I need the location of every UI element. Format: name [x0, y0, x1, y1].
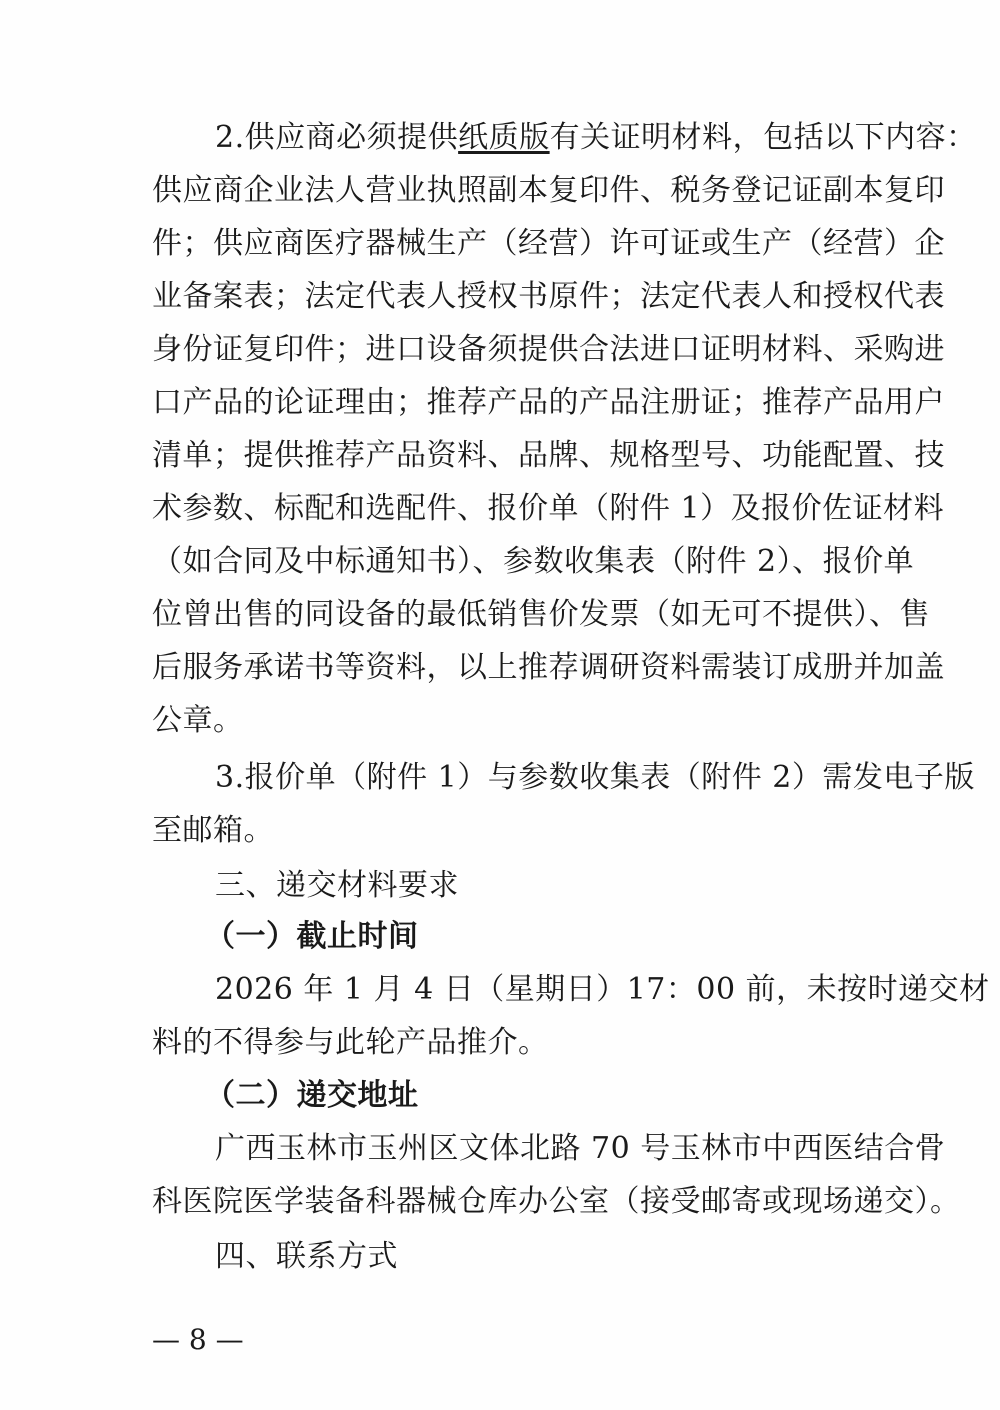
address-line: 广西玉林市玉州区文体北路 70 号玉林市中西医结合骨 — [215, 1129, 852, 1169]
text-segment: 2.供应商必须提供 — [215, 120, 458, 155]
address-line: 科医院医学装备科器械仓库办公室（接受邮寄或现场递交）。 — [152, 1182, 852, 1222]
document-page: 2.供应商必须提供纸质版有关证明材料，包括以下内容： 供应商企业法人营业执照副本… — [0, 0, 1000, 1410]
paragraph-2-line: 公章。 — [152, 701, 852, 741]
paragraph-2-line: 件；供应商医疗器械生产（经营）许可证或生产（经营）企 — [152, 224, 852, 264]
page-number: — 8 — — [152, 1322, 244, 1358]
deadline-line: 2026 年 1 月 4 日（星期日）17：00 前，未按时递交材 — [215, 970, 852, 1010]
deadline-line: 料的不得参与此轮产品推介。 — [152, 1023, 852, 1063]
paragraph-2-line: 位曾出售的同设备的最低销售价发票（如无可不提供）、售 — [152, 595, 852, 635]
text-segment: 有关证明材料，包括以下内容： — [550, 120, 977, 155]
paragraph-2-line: 口产品的论证理由；推荐产品的产品注册证；推荐产品用户 — [152, 383, 852, 423]
address-subheading: （二）递交地址 — [205, 1076, 842, 1116]
paragraph-2-line: 供应商企业法人营业执照副本复印件、税务登记证副本复印 — [152, 171, 852, 211]
paragraph-2-line: 身份证复印件；进口设备须提供合法进口证明材料、采购进 — [152, 330, 852, 370]
underlined-text: 纸质版 — [458, 120, 550, 155]
paragraph-2-line: 后服务承诺书等资料，以上推荐调研资料需装订成册并加盖 — [152, 648, 852, 688]
section-3-heading: 三、递交材料要求 — [215, 866, 852, 906]
paragraph-3-line: 至邮箱。 — [152, 811, 852, 851]
paragraph-2-line: （如合同及中标通知书）、参数收集表（附件 2）、报价单 — [152, 542, 852, 582]
paragraph-2-line: 业备案表；法定代表人授权书原件；法定代表人和授权代表 — [152, 277, 852, 317]
paragraph-2-line-1: 2.供应商必须提供纸质版有关证明材料，包括以下内容： — [215, 118, 852, 158]
paragraph-2-line: 术参数、标配和选配件、报价单（附件 1）及报价佐证材料 — [152, 489, 852, 529]
paragraph-2-line: 清单；提供推荐产品资料、品牌、规格型号、功能配置、技 — [152, 436, 852, 476]
deadline-subheading: （一）截止时间 — [205, 917, 842, 957]
section-4-heading: 四、联系方式 — [215, 1237, 852, 1277]
paragraph-3-line: 3.报价单（附件 1）与参数收集表（附件 2）需发电子版 — [215, 758, 852, 798]
